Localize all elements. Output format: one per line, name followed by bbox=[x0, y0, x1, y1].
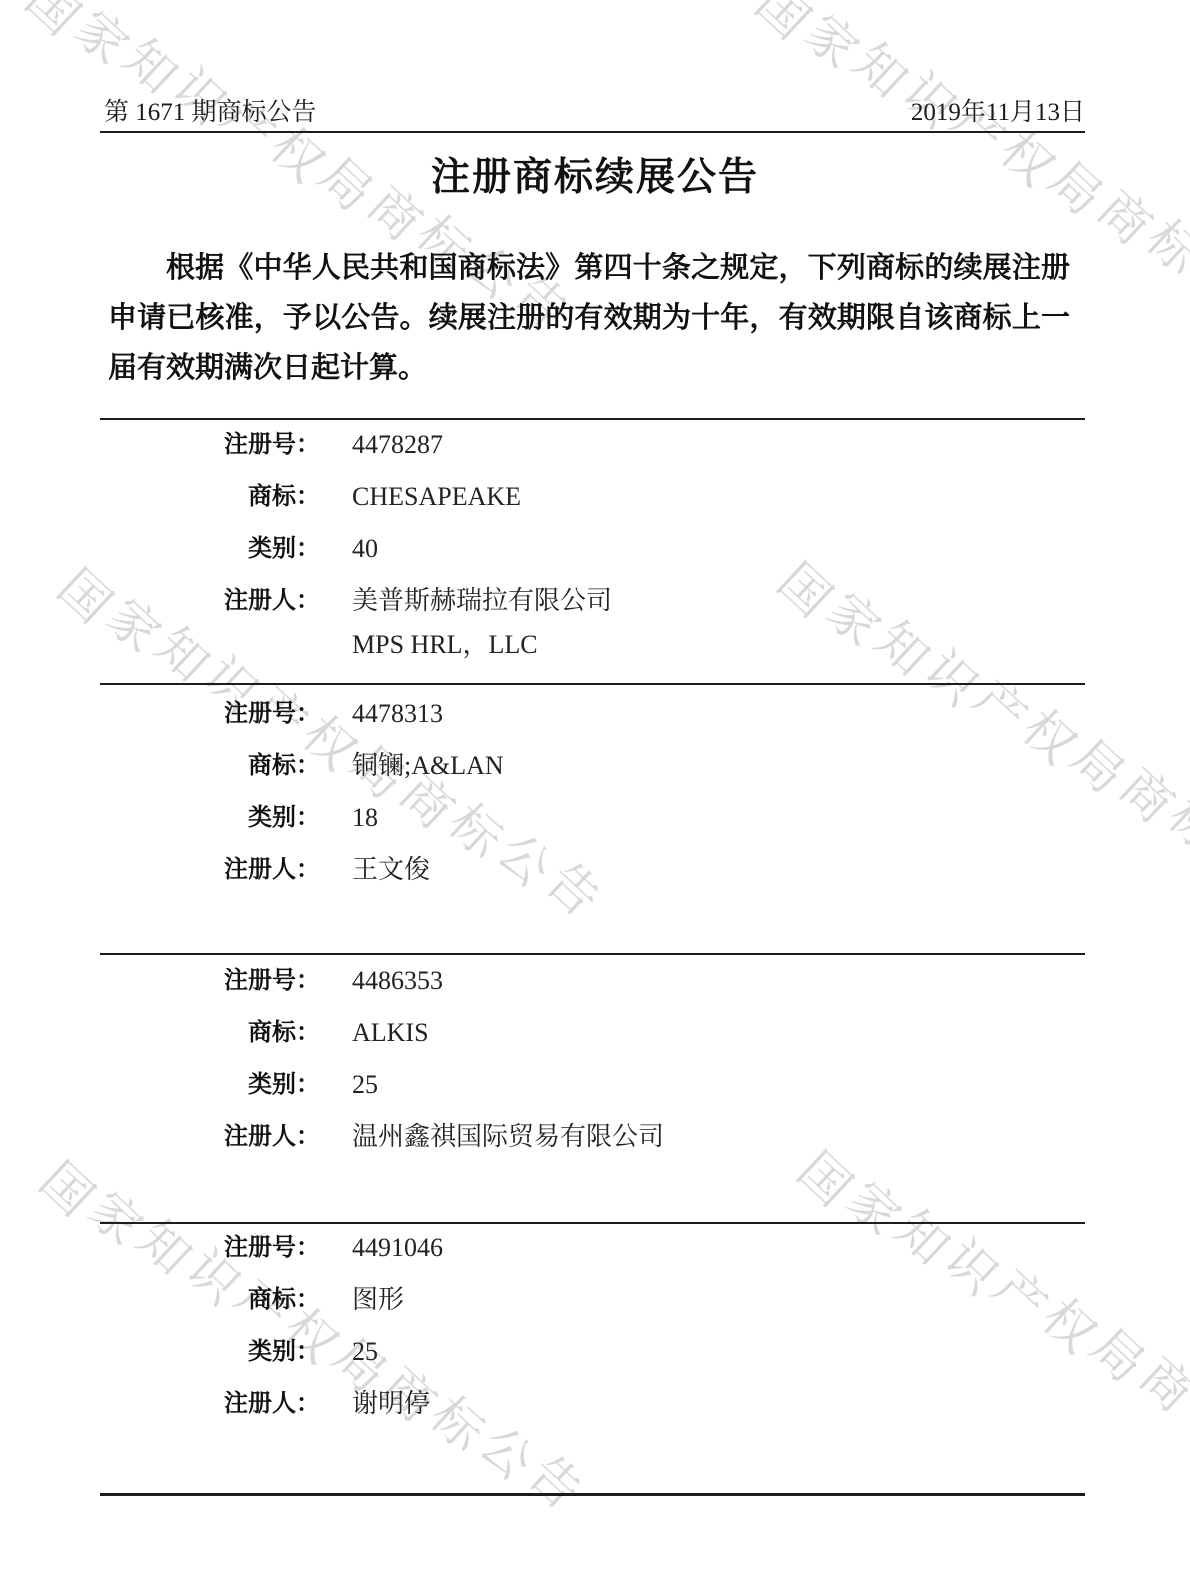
field-label-class: 类别： bbox=[100, 1059, 320, 1111]
field-label-reg-no: 注册号： bbox=[100, 688, 320, 740]
trademark-record: 注册号： 4491046 商标： 图形 类别： 25 注册人： 谢明停 bbox=[100, 1222, 1085, 1430]
field-label-class: 类别： bbox=[100, 1326, 320, 1378]
trademark-record: 注册号： 4478287 商标： CHESAPEAKE 类别： 40 注册人： … bbox=[100, 419, 1085, 663]
record-row-class: 类别： 25 bbox=[100, 1326, 1085, 1378]
header-separator-line bbox=[100, 131, 1085, 133]
field-value-registrant: 美普斯赫瑞拉有限公司 MPS HRL，LLC bbox=[352, 575, 612, 663]
bottom-border-line bbox=[100, 1493, 1085, 1496]
field-label-registrant: 注册人： bbox=[100, 844, 320, 896]
gazette-page: { "page": { "header_left": "第 1671 期商标公告… bbox=[0, 0, 1190, 1596]
trademark-record: 注册号： 4478313 商标： 铜镧;A&LAN 类别： 18 注册人： 王文… bbox=[100, 688, 1085, 896]
record-row-reg-no: 注册号： 4486353 bbox=[100, 955, 1085, 1007]
record-row-trademark: 商标： CHESAPEAKE bbox=[100, 471, 1085, 523]
record-row-reg-no: 注册号： 4491046 bbox=[100, 1222, 1085, 1274]
record-row-registrant: 注册人： 温州鑫祺国际贸易有限公司 bbox=[100, 1111, 1085, 1163]
field-value-class: 40 bbox=[352, 523, 378, 575]
record-row-registrant: 注册人： 王文俊 bbox=[100, 844, 1085, 896]
separator-line bbox=[100, 683, 1085, 685]
field-value-trademark: ALKIS bbox=[352, 1007, 429, 1059]
registrant-name-en: MPS HRL，LLC bbox=[352, 627, 612, 663]
field-label-class: 类别： bbox=[100, 523, 320, 575]
announcement-paragraph: 根据《中华人民共和国商标法》第四十条之规定，下列商标的续展注册申请已核准，予以公… bbox=[108, 243, 1070, 393]
registrant-name-cn: 美普斯赫瑞拉有限公司 bbox=[352, 575, 612, 627]
record-row-class: 类别： 25 bbox=[100, 1059, 1085, 1111]
page-title: 注册商标续展公告 bbox=[0, 146, 1190, 202]
field-value-reg-no: 4478313 bbox=[352, 688, 443, 740]
record-row-trademark: 商标： ALKIS bbox=[100, 1007, 1085, 1059]
trademark-record: 注册号： 4486353 商标： ALKIS 类别： 25 注册人： 温州鑫祺国… bbox=[100, 955, 1085, 1163]
record-row-reg-no: 注册号： 4478313 bbox=[100, 688, 1085, 740]
gazette-issue-number: 第 1671 期商标公告 bbox=[104, 92, 317, 128]
field-value-registrant: 王文俊 bbox=[352, 844, 430, 896]
field-value-trademark: 铜镧;A&LAN bbox=[352, 740, 504, 792]
field-value-class: 25 bbox=[352, 1326, 378, 1378]
record-row-trademark: 商标： 铜镧;A&LAN bbox=[100, 740, 1085, 792]
field-value-reg-no: 4486353 bbox=[352, 955, 443, 1007]
field-value-reg-no: 4491046 bbox=[352, 1222, 443, 1274]
record-row-class: 类别： 18 bbox=[100, 792, 1085, 844]
field-label-reg-no: 注册号： bbox=[100, 1222, 320, 1274]
field-value-trademark: CHESAPEAKE bbox=[352, 471, 521, 523]
record-row-registrant: 注册人： 谢明停 bbox=[100, 1378, 1085, 1430]
field-value-reg-no: 4478287 bbox=[352, 419, 443, 471]
field-value-trademark: 图形 bbox=[352, 1274, 404, 1326]
field-value-class: 25 bbox=[352, 1059, 378, 1111]
field-label-trademark: 商标： bbox=[100, 1274, 320, 1326]
field-label-reg-no: 注册号： bbox=[100, 955, 320, 1007]
field-label-trademark: 商标： bbox=[100, 471, 320, 523]
field-value-registrant: 谢明停 bbox=[352, 1378, 430, 1430]
field-label-trademark: 商标： bbox=[100, 1007, 320, 1059]
record-row-class: 类别： 40 bbox=[100, 523, 1085, 575]
field-value-class: 18 bbox=[352, 792, 378, 844]
publication-date: 2019年11月13日 bbox=[911, 92, 1085, 128]
record-row-trademark: 商标： 图形 bbox=[100, 1274, 1085, 1326]
field-label-class: 类别： bbox=[100, 792, 320, 844]
field-label-registrant: 注册人： bbox=[100, 1111, 320, 1163]
field-label-trademark: 商标： bbox=[100, 740, 320, 792]
record-row-registrant: 注册人： 美普斯赫瑞拉有限公司 MPS HRL，LLC bbox=[100, 575, 1085, 663]
field-label-reg-no: 注册号： bbox=[100, 419, 320, 471]
field-value-registrant: 温州鑫祺国际贸易有限公司 bbox=[352, 1111, 664, 1163]
field-label-registrant: 注册人： bbox=[100, 1378, 320, 1430]
record-row-reg-no: 注册号： 4478287 bbox=[100, 419, 1085, 471]
field-label-registrant: 注册人： bbox=[100, 575, 320, 627]
